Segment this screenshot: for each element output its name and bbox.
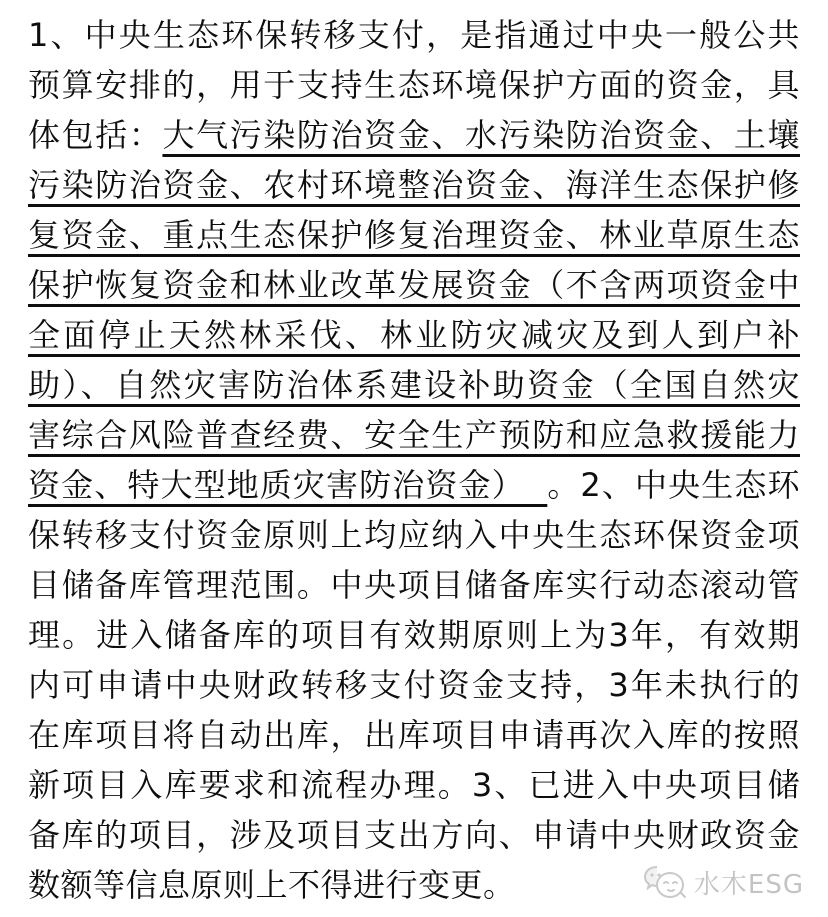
- underlined-text-segment: 助）、自然灾害防治体系建设补助资金（全国自然灾: [28, 366, 800, 404]
- document-page: 1、中央生态环保转移支付，是指通过中央一般公共预算安排的，用于支持生态环境保护方…: [0, 0, 828, 917]
- text-segment: 在库项目将自动出库，出库项目申请再次入库的按照: [28, 716, 800, 754]
- text-segment: 1、中央生态环保转移支付，是指通过中央一般公共: [28, 16, 800, 54]
- text-segment: 。2、中央生态环: [547, 466, 800, 504]
- text-line: 害综合风险普查经费、安全生产预防和应急救援能力: [28, 410, 800, 460]
- text-line: 理。进入储备库的项目有效期原则上为3年，有效期: [28, 610, 800, 660]
- text-segment: 预算安排的，用于支持生态环境保护方面的资金，具: [28, 66, 800, 104]
- text-line: 全面停止天然林采伐、林业防灾减灾及到人到户补: [28, 310, 800, 360]
- shuimu-esg-logo-icon: [643, 863, 687, 901]
- text-line: 污染防治资金、农村环境整治资金、海洋生态保护修: [28, 160, 800, 210]
- text-line: 资金、特大型地质灾害防治资金） 。2、中央生态环: [28, 460, 800, 510]
- text-line: 内可申请中央财政转移支付资金支持，3年未执行的: [28, 660, 800, 710]
- text-line: 保护恢复资金和林业改革发展资金（不含两项资金中: [28, 260, 800, 310]
- text-segment: 理。进入储备库的项目有效期原则上为3年，有效期: [28, 616, 800, 654]
- text-segment: 备库的项目，涉及项目支出方向、申请中央财政资金: [28, 816, 800, 854]
- text-line: 复资金、重点生态保护修复治理资金、林业草原生态: [28, 210, 800, 260]
- text-line: 备库的项目，涉及项目支出方向、申请中央财政资金: [28, 810, 800, 860]
- text-line: 体包括：大气污染防治资金、水污染防治资金、土壤: [28, 110, 800, 160]
- document-body: 1、中央生态环保转移支付，是指通过中央一般公共预算安排的，用于支持生态环境保护方…: [0, 0, 828, 910]
- text-line: 1、中央生态环保转移支付，是指通过中央一般公共: [28, 10, 800, 60]
- text-line: 助）、自然灾害防治体系建设补助资金（全国自然灾: [28, 360, 800, 410]
- text-line: 新项目入库要求和流程办理。3、已进入中央项目储: [28, 760, 800, 810]
- text-segment: 体包括：: [28, 116, 162, 154]
- text-segment: 保转移支付资金原则上均应纳入中央生态环保资金项: [28, 516, 800, 554]
- watermark: 水木ESG: [643, 863, 804, 901]
- underlined-text-segment: 大气污染防治资金、水污染防治资金、土壤: [162, 116, 800, 154]
- text-segment: 新项目入库要求和流程办理。3、已进入中央项目储: [28, 766, 800, 804]
- underlined-text-segment: 污染防治资金、农村环境整治资金、海洋生态保护修: [28, 166, 800, 204]
- text-line: 预算安排的，用于支持生态环境保护方面的资金，具: [28, 60, 800, 110]
- underlined-text-segment: 保护恢复资金和林业改革发展资金（不含两项资金中: [28, 266, 800, 304]
- text-segment: 数额等信息原则上不得进行变更。: [28, 866, 516, 904]
- watermark-text: 水木ESG: [694, 864, 804, 901]
- text-line: 在库项目将自动出库，出库项目申请再次入库的按照: [28, 710, 800, 760]
- underlined-text-segment: 全面停止天然林采伐、林业防灾减灾及到人到户补: [28, 316, 800, 354]
- text-segment: 目储备库管理范围。中央项目储备库实行动态滚动管: [28, 566, 800, 604]
- text-segment: 内可申请中央财政转移支付资金支持，3年未执行的: [28, 666, 800, 704]
- underlined-text-segment: 复资金、重点生态保护修复治理资金、林业草原生态: [28, 216, 800, 254]
- underlined-text-segment: 资金、特大型地质灾害防治资金）: [28, 466, 547, 504]
- underlined-text-segment: 害综合风险普查经费、安全生产预防和应急救援能力: [28, 416, 800, 454]
- text-line: 保转移支付资金原则上均应纳入中央生态环保资金项: [28, 510, 800, 560]
- text-line: 目储备库管理范围。中央项目储备库实行动态滚动管: [28, 560, 800, 610]
